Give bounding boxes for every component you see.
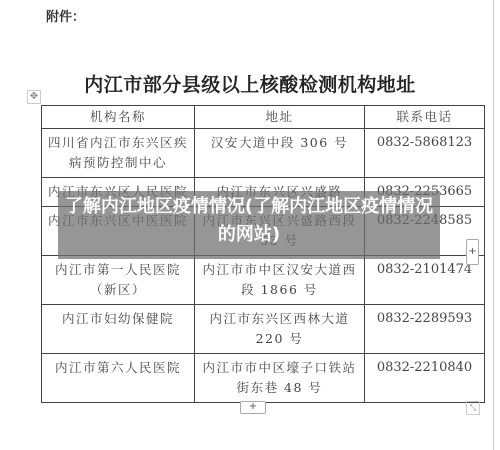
- document-page: 附件： 内江市部分县级以上核酸检测机构地址 ✥ 机构名称 地址 联系电话 四川省…: [0, 0, 500, 450]
- document-title: 内江市部分县级以上核酸检测机构地址: [0, 70, 500, 97]
- header-phone: 联系电话: [365, 106, 485, 129]
- cell-phone: 0832-2289593: [365, 305, 485, 354]
- cell-name: 内江市第一人民医院（新区）: [42, 256, 195, 305]
- cell-address: 内江市市中区汉安大道西段 1866 号: [195, 256, 365, 305]
- cell-phone: 0832-5868123: [365, 129, 485, 178]
- cell-name: 内江市第六人民医院: [42, 354, 195, 403]
- table-move-icon[interactable]: ✥: [27, 90, 41, 104]
- add-column-button[interactable]: +: [466, 239, 479, 265]
- cell-name: 四川省内江市东兴区疾病预防控制中心: [42, 129, 195, 178]
- add-row-button[interactable]: +: [240, 401, 266, 414]
- table-row: 内江市第六人民医院 内江市市中区壕子口铁站街东巷 48 号 0832-22108…: [42, 354, 485, 403]
- cell-address: 内江市东兴区西林大道 220 号: [195, 305, 365, 354]
- table-resize-icon[interactable]: ⤡: [466, 401, 480, 415]
- table-row: 内江市妇幼保健院 内江市东兴区西林大道 220 号 0832-2289593: [42, 305, 485, 354]
- header-address: 地址: [195, 106, 365, 129]
- caption-text: 了解内江地区疫情情况(了解内江地区疫情情况的网站): [58, 193, 440, 249]
- header-name: 机构名称: [42, 106, 195, 129]
- attachment-label: 附件：: [46, 6, 85, 25]
- table-row: 内江市第一人民医院（新区） 内江市市中区汉安大道西段 1866 号 0832-2…: [42, 256, 485, 305]
- page-edge: [493, 0, 494, 450]
- table-header-row: 机构名称 地址 联系电话: [42, 106, 485, 129]
- table-row: 四川省内江市东兴区疾病预防控制中心 汉安大道中段 306 号 0832-5868…: [42, 129, 485, 178]
- cell-name: 内江市妇幼保健院: [42, 305, 195, 354]
- cell-address: 汉安大道中段 306 号: [195, 129, 365, 178]
- cell-phone: 0832-2210840: [365, 354, 485, 403]
- cell-address: 内江市市中区壕子口铁站街东巷 48 号: [195, 354, 365, 403]
